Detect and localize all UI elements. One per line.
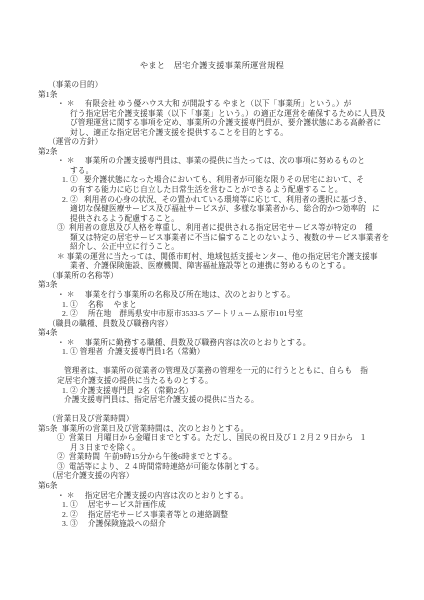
doc-line: 1. ① 管理者 介護支援専門員1名（常勤） [0, 347, 424, 357]
doc-line: 第4条 [0, 328, 424, 338]
doc-line: 2. ② 所在地 群馬県安中市原市3533-5 アートリューム原市101号室 [0, 309, 424, 319]
doc-line: （居宅介護支援の内容） [0, 471, 424, 481]
doc-line: 業者、介護保険施設、医療機関、障害福祉施設等との連携に努めるものとする。 [0, 261, 424, 271]
document-body: （事業の目的）第1条・ ＊ 有限会社 ゆう優ハウス大和 が開設する やまと（以下… [0, 80, 424, 529]
doc-line: び管理運営に関する事項を定め、事業所の介護支援専門員が、要介護状態にある高齢者に [0, 118, 424, 128]
doc-line: （営業日及び営業時間） [0, 414, 424, 424]
document-title: やまと 居宅介護支援事業所運営規程 [0, 61, 424, 71]
doc-line: ② 営業時間 午前9時15分から午後6時までとする。 [0, 452, 424, 462]
doc-line: ・ ＊ 指定居宅介護支援の内容は次のとおりとする。 [0, 491, 424, 501]
doc-line: 第6条 [0, 481, 424, 491]
doc-line: ＊ 事業の運営に当たっては、関係市町村、地域包括支援センター、他の指定居宅介護支… [0, 252, 424, 262]
doc-line: （事業の目的） [0, 80, 424, 90]
doc-line: 第2条 [0, 147, 424, 157]
doc-line: 1. ① 名称 やまと [0, 300, 424, 310]
doc-line: 適切な保健医療サービス及び福祉サービスが、多様な事業者から、総合的かつ効率的 に [0, 204, 424, 214]
doc-line: ・ ＊ 事業所の介護支援専門員は、事業の提供に当たっては、次の事項に努めるものと [0, 156, 424, 166]
doc-line: 2. ② 利用者の心身の状況、その置かれている環境等に応じて、利用者の選択に基づ… [0, 195, 424, 205]
doc-line: 2. ② 指定居宅サービス事業者等との連絡調整 [0, 510, 424, 520]
doc-line: 月３日までを除く。 [0, 443, 424, 453]
doc-blank-line [0, 405, 424, 415]
doc-line: 紹介し、公正中立に行うこと。 [0, 242, 424, 252]
doc-line: 対し、適正な指定居宅介護支援を提供することを目的とする。 [0, 128, 424, 138]
doc-blank-line [0, 357, 424, 367]
doc-line: 管理者は、事業所の従業者の管理及び業務の管理を一元的に行うとともに、自らも 指 [0, 366, 424, 376]
doc-line: 3. ③ 介護保険施設への紹介 [0, 519, 424, 529]
doc-line: ・ ＊ 事業所に勤務する職種、員数及び職務内容は次のとおりとする。 [0, 338, 424, 348]
doc-line: 1. ② 介護支援専門員 2名（常勤2名） [0, 386, 424, 396]
doc-line: 介護支援専門員は、指定居宅介護支援の提供に当たる。 [0, 395, 424, 405]
doc-line: ・ ＊ 有限会社 ゆう優ハウス大和 が開設する やまと（以下「事業所」という。）… [0, 99, 424, 109]
doc-line: の有する能力に応じ自立した日常生活を営むことができるよう配慮すること。 [0, 185, 424, 195]
doc-line: （事業所の名称等） [0, 271, 424, 281]
doc-line: 第1条 [0, 90, 424, 100]
doc-line: 定居宅介護支援の提供に当たるものとする。 [0, 376, 424, 386]
document-page: やまと 居宅介護支援事業所運営規程 （事業の目的）第1条・ ＊ 有限会社 ゆう優… [0, 0, 424, 600]
doc-line: 行う指定居宅介護支援事業（以下「事業」という。）の適正な運営を確保するために人員… [0, 109, 424, 119]
doc-line: 第5条 事業所の営業日及び営業時間は、次のとおりとする。 [0, 424, 424, 434]
doc-line: 1. ① 要介護状態になった場合においても、利用者が可能な限りその居宅において、… [0, 175, 424, 185]
doc-line: 類又は特定の居宅サービス事業者に不当に偏することのないよう、複数のサービス事業者… [0, 233, 424, 243]
doc-line: ③ 利用者の意思及び人格を尊重し、利用者に提供される指定居宅サービス等が特定の … [0, 223, 424, 233]
doc-line: （運営の方針） [0, 137, 424, 147]
doc-line: ③ 電話等により、２４時間常時連絡が可能な体制とする。 [0, 462, 424, 472]
doc-line: ① 営業日 月曜日から金曜日までとする。ただし、国民の祝日及び１２月２９日から … [0, 433, 424, 443]
doc-line: 第3条 [0, 280, 424, 290]
doc-line: （職員の職種、員数及び職務内容） [0, 319, 424, 329]
doc-line: 1. ① 居宅サービス計画作成 [0, 500, 424, 510]
doc-line: ・ ＊ 事業を行う事業所の名称及び所在地は、次のとおりとする。 [0, 290, 424, 300]
doc-line: 提供されるよう配慮すること。 [0, 214, 424, 224]
